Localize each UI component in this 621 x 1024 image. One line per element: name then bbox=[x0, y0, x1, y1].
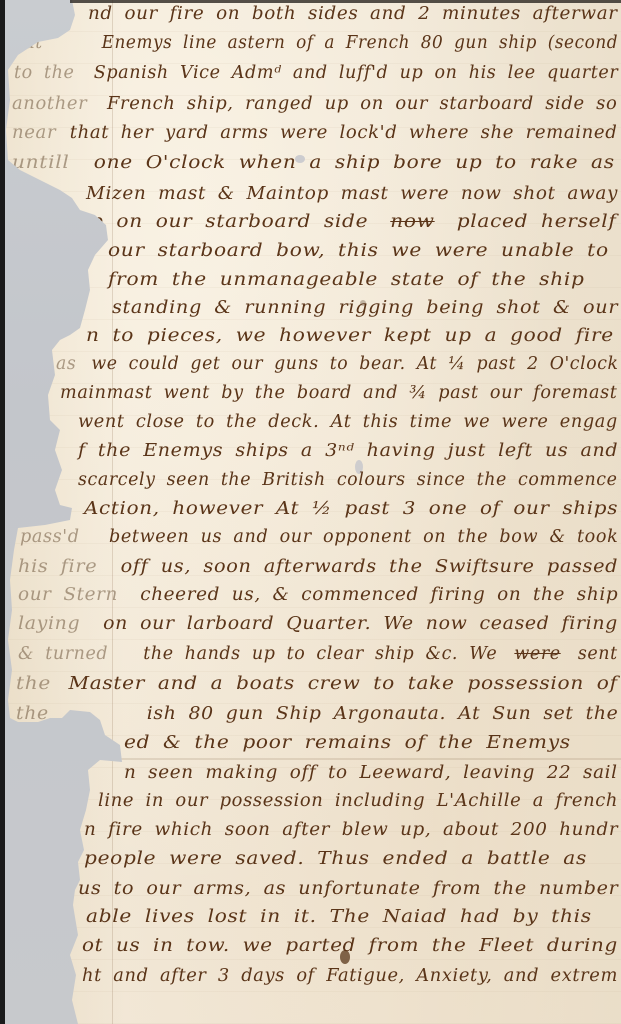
text-line: went close to the deck. At this time we … bbox=[78, 412, 618, 432]
line-text: nd our fire on both sides and 2 minutes … bbox=[88, 4, 618, 24]
margin-fragment: to the bbox=[14, 63, 75, 83]
text-line: ed & the poor remains of the Enemys bbox=[124, 733, 571, 753]
margin-fragment: untill bbox=[12, 153, 69, 173]
text-line: another French ship, ranged up on our st… bbox=[12, 94, 617, 114]
line-text-after: placed herself bbox=[457, 212, 617, 232]
line-text: us to our arms, as unfortunate from the … bbox=[78, 879, 618, 899]
line-text: Mizen mast & Maintop mast were now shot … bbox=[86, 184, 618, 204]
text-line: mainmast went by the board and ¾ past ou… bbox=[60, 383, 617, 403]
text-line: laying on our larboard Quarter. We now c… bbox=[18, 614, 618, 634]
text-line: the ish 80 gun Ship Argonauta. At Sun se… bbox=[16, 704, 618, 724]
margin-fragment: another bbox=[12, 94, 87, 114]
line-text: n seen making off to Leeward, leaving 22… bbox=[124, 763, 618, 783]
text-line: us to our arms, as unfortunate from the … bbox=[78, 879, 618, 899]
text-line: untill one O'clock when a ship bore up t… bbox=[12, 153, 615, 173]
line-text: ot us in tow. we parted from the Fleet d… bbox=[82, 936, 618, 956]
line-text: the hands up to clear ship &c. We bbox=[143, 644, 497, 664]
line-text: we could get our guns to bear. At ¼ past… bbox=[91, 354, 618, 374]
margin-fragment: as bbox=[56, 354, 76, 374]
line-text: on our larboard Quarter. We now ceased f… bbox=[103, 614, 618, 634]
margin-fragment: & turned bbox=[18, 644, 108, 664]
margin-fragment: the bbox=[16, 674, 51, 694]
line-text: French ship, ranged up on our starboard … bbox=[107, 94, 617, 114]
text-line: line in our possession including L'Achil… bbox=[98, 791, 618, 811]
text-line: & turned the hands up to clear ship &c. … bbox=[18, 644, 618, 664]
line-text: cheered us, & commenced firing on the sh… bbox=[140, 585, 618, 605]
line-text: from the unmanageable state of the ship bbox=[108, 270, 585, 290]
handwritten-text: nd our fire on both sides and 2 minutes … bbox=[0, 0, 621, 1024]
text-line: able lives lost in it. The Naiad had by … bbox=[86, 907, 592, 927]
text-line: p on our starboard side now placed herse… bbox=[90, 212, 617, 232]
text-line: people were saved. Thus ended a battle a… bbox=[84, 849, 587, 869]
line-text: Spanish Vice Admᵈ and luff'd up on his l… bbox=[94, 63, 619, 83]
line-text: able lives lost in it. The Naiad had by … bbox=[86, 907, 592, 927]
line-text: line in our possession including L'Achil… bbox=[98, 791, 618, 811]
text-line: from the unmanageable state of the ship bbox=[108, 270, 585, 290]
line-text: mainmast went by the board and ¾ past ou… bbox=[60, 383, 617, 403]
line-text: that her yard arms were lock'd where she… bbox=[70, 123, 618, 143]
text-line: his fire off us, soon afterwards the Swi… bbox=[18, 557, 618, 577]
text-line: the Master and a boats crew to take poss… bbox=[16, 674, 618, 694]
text-line: scarcely seen the British colours since … bbox=[78, 470, 617, 490]
text-line: near that her yard arms were lock'd wher… bbox=[12, 123, 617, 143]
margin-fragment: pass'd bbox=[20, 527, 80, 547]
line-text: p on our starboard side bbox=[90, 212, 368, 232]
text-line: nd our fire on both sides and 2 minutes … bbox=[88, 4, 618, 24]
line-text: scarcely seen the British colours since … bbox=[78, 470, 617, 490]
line-text: off us, soon afterwards the Swiftsure pa… bbox=[121, 557, 619, 577]
struck-word: were bbox=[514, 644, 560, 664]
text-line: n seen making off to Leeward, leaving 22… bbox=[124, 763, 618, 783]
margin-fragment: his fire bbox=[18, 557, 97, 577]
struck-word: now bbox=[390, 212, 434, 232]
line-text: our starboard bow, this we were unable t… bbox=[108, 241, 609, 261]
line-text: people were saved. Thus ended a battle a… bbox=[84, 849, 587, 869]
margin-fragment: near bbox=[12, 123, 56, 143]
document-viewer: nd our fire on both sides and 2 minutes … bbox=[0, 0, 621, 1024]
line-text: went close to the deck. At this time we … bbox=[78, 412, 618, 432]
text-line: ht and after 3 days of Fatigue, Anxiety,… bbox=[82, 966, 618, 986]
text-line: Mizen mast & Maintop mast were now shot … bbox=[86, 184, 618, 204]
text-line: as we could get our guns to bear. At ¼ p… bbox=[56, 354, 619, 374]
line-text: ht and after 3 days of Fatigue, Anxiety,… bbox=[82, 966, 618, 986]
line-text: Enemys line astern of a French 80 gun sh… bbox=[102, 33, 618, 53]
margin-fragment: laying bbox=[18, 614, 80, 634]
line-text: f the Enemys ships a 3ⁿᵈ having just lef… bbox=[78, 441, 618, 461]
text-line: to the Spanish Vice Admᵈ and luff'd up o… bbox=[14, 63, 618, 83]
line-text: ish 80 gun Ship Argonauta. At Sun set th… bbox=[147, 704, 619, 724]
text-line: Action, however At ½ past 3 one of our s… bbox=[84, 499, 618, 519]
text-line: ot us in tow. we parted from the Fleet d… bbox=[82, 936, 618, 956]
line-text: between us and our opponent on the bow &… bbox=[109, 527, 618, 547]
text-line: cut Enemys line astern of a French 80 gu… bbox=[14, 33, 618, 53]
line-text: n to pieces, we however kept up a good f… bbox=[86, 326, 614, 346]
line-text: n fire which soon after blew up, about 2… bbox=[84, 820, 618, 840]
line-text: Master and a boats crew to take possessi… bbox=[68, 674, 617, 694]
line-text-after: sent bbox=[578, 644, 618, 664]
line-text: standing & running rigging being shot & … bbox=[112, 298, 618, 318]
scan-border bbox=[0, 0, 5, 1024]
line-text: Action, however At ½ past 3 one of our s… bbox=[84, 499, 618, 519]
text-line: our Stern cheered us, & commenced firing… bbox=[18, 585, 618, 605]
text-line: pass'd between us and our opponent on th… bbox=[20, 527, 618, 547]
margin-fragment: our Stern bbox=[18, 585, 118, 605]
text-line: f the Enemys ships a 3ⁿᵈ having just lef… bbox=[78, 441, 618, 461]
text-line: standing & running rigging being shot & … bbox=[112, 298, 618, 318]
line-text: one O'clock when a ship bore up to rake … bbox=[94, 153, 615, 173]
text-line: our starboard bow, this we were unable t… bbox=[108, 241, 609, 261]
line-text: ed & the poor remains of the Enemys bbox=[124, 733, 571, 753]
top-shadow bbox=[70, 0, 621, 3]
text-line: n to pieces, we however kept up a good f… bbox=[86, 326, 614, 346]
text-line: n fire which soon after blew up, about 2… bbox=[84, 820, 618, 840]
manuscript-sheet: nd our fire on both sides and 2 minutes … bbox=[0, 0, 621, 1024]
